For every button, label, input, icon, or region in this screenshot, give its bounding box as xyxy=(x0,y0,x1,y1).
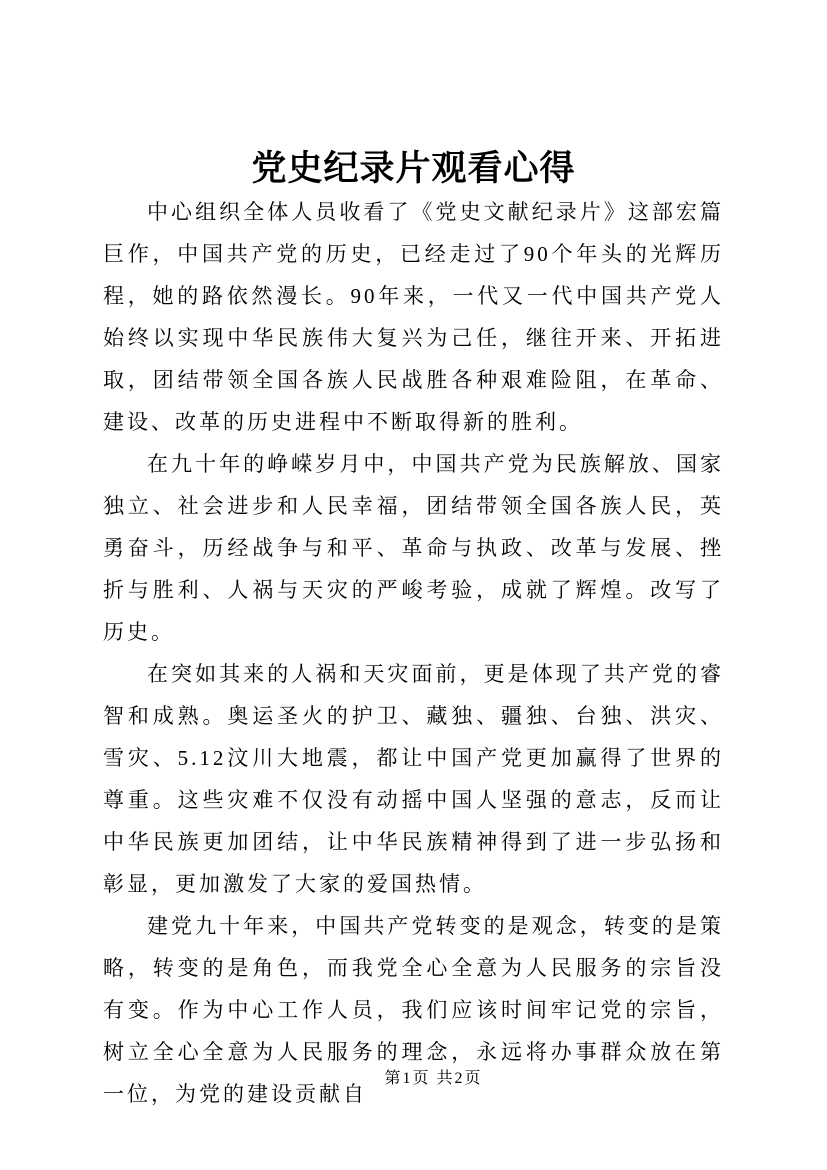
document-page: 党史纪录片观看心得 中心组织全体人员收看了《党史文献纪录片》这部宏篇巨作，中国共… xyxy=(0,0,827,1170)
page-number-label: 第1页 共2页 xyxy=(384,1070,482,1087)
paragraph-1: 中心组织全体人员收看了《党史文献纪录片》这部宏篇巨作，中国共产党的历史，已经走过… xyxy=(103,191,724,443)
document-body: 中心组织全体人员收看了《党史文献纪录片》这部宏篇巨作，中国共产党的历史，已经走过… xyxy=(103,191,724,1115)
paragraph-2: 在九十年的峥嵘岁月中，中国共产党为民族解放、国家独立、社会进步和人民幸福，团结带… xyxy=(103,443,724,653)
page-footer: 第1页 共2页 xyxy=(20,1068,827,1090)
paragraph-3: 在突如其来的人祸和天灾面前，更是体现了共产党的睿智和成熟。奥运圣火的护卫、藏独、… xyxy=(103,653,724,905)
document-title: 党史纪录片观看心得 xyxy=(0,147,827,191)
